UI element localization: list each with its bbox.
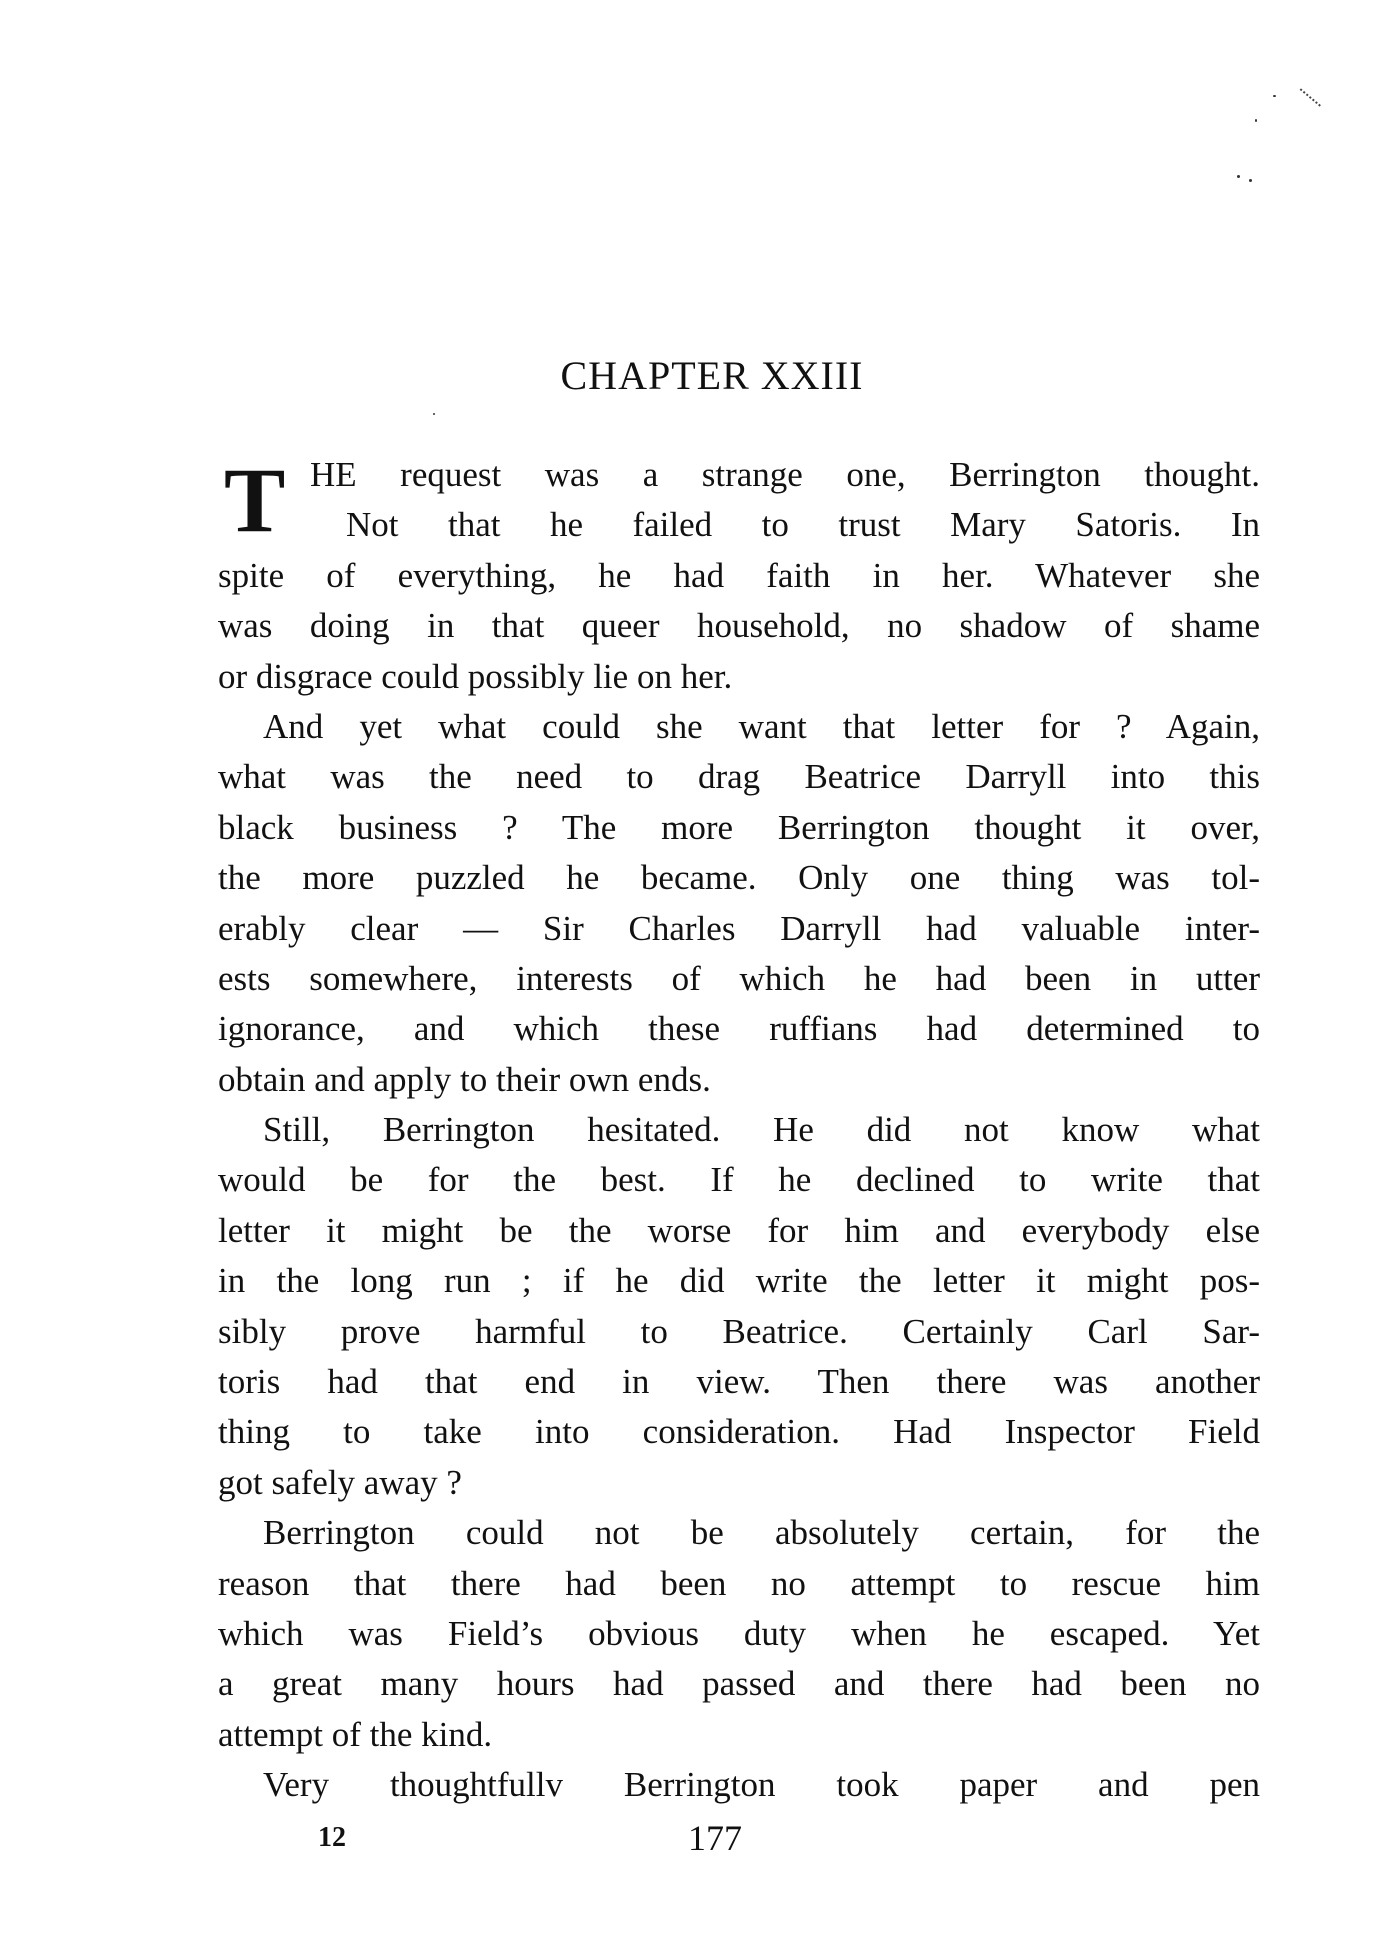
text-line: thing to take into consideration. Had In… (218, 1407, 1260, 1457)
signature-mark: 12 (318, 1822, 346, 1854)
paragraph-start-line: Very thoughtfullv Berrington took paper … (218, 1760, 1260, 1810)
text-line: in the long run ; if he did write the le… (218, 1256, 1260, 1306)
body-text: HE request was a strange one, Berrington… (218, 450, 1260, 1811)
scan-speck (1255, 119, 1257, 122)
text-line: which was Field’s obvious duty when he e… (218, 1609, 1260, 1659)
text-line: ignorance, and which these ruffians had … (218, 1004, 1260, 1054)
text-line: spite of everything, he had faith in her… (218, 551, 1260, 601)
book-page: CHAPTER XXIII T HE request was a strange… (0, 0, 1394, 1948)
text-line: Not that he failed to trust Mary Satoris… (218, 500, 1260, 550)
paragraph-start-line: Berrington could not be absolutely certa… (218, 1508, 1260, 1558)
text-line: or disgrace could possibly lie on her. (218, 652, 1260, 702)
text-line: what was the need to drag Beatrice Darry… (218, 752, 1260, 802)
scan-speck (1273, 95, 1276, 97)
text-line: letter it might be the worse for him and… (218, 1206, 1260, 1256)
text-line: HE request was a strange one, Berrington… (218, 450, 1260, 500)
text-line: black business ? The more Berrington tho… (218, 803, 1260, 853)
chapter-heading: CHAPTER XXIII (0, 352, 1394, 400)
text-line: attempt of the kind. (218, 1710, 1260, 1760)
page-number: 177 (688, 1818, 742, 1858)
text-line: would be for the best. If he declined to… (218, 1155, 1260, 1205)
text-line: sibly prove harmful to Beatrice. Certain… (218, 1307, 1260, 1357)
text-line: obtain and apply to their own ends. (218, 1055, 1260, 1105)
text-line: was doing in that queer household, no sh… (218, 601, 1260, 651)
text-line: ests somewhere, interests of which he ha… (218, 954, 1260, 1004)
text-line: a great many hours had passed and there … (218, 1659, 1260, 1709)
scan-speck (1237, 175, 1240, 178)
text-line: the more puzzled he became. Only one thi… (218, 853, 1260, 903)
scan-speck (433, 413, 435, 415)
text-line: erably clear — Sir Charles Darryll had v… (218, 904, 1260, 954)
paragraph-start-line: Still, Berrington hesitated. He did not … (218, 1105, 1260, 1155)
text-line: got safely away ? (218, 1458, 1260, 1508)
scan-speck (1249, 179, 1252, 182)
text-line: toris had that end in view. Then there w… (218, 1357, 1260, 1407)
text-line: reason that there had been no attempt to… (218, 1559, 1260, 1609)
paragraph-start-line: And yet what could she want that letter … (218, 702, 1260, 752)
scan-scratch-mark (1299, 88, 1321, 107)
